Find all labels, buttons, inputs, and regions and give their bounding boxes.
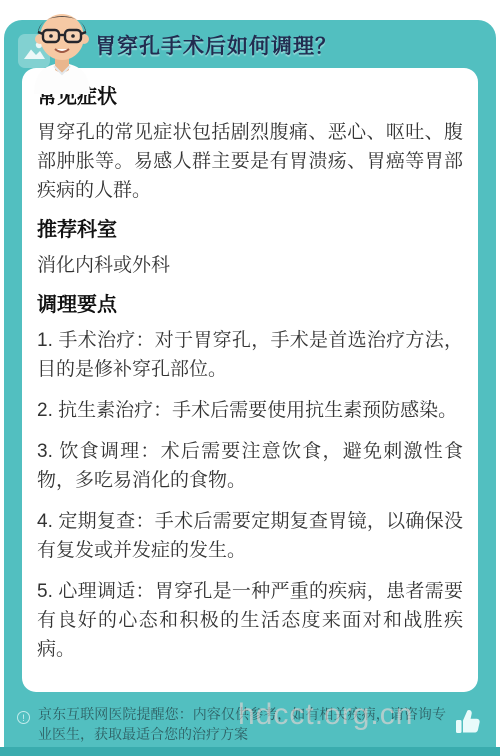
article-card: 常见症状 胃穿孔的常见症状包括剧烈腹痛、恶心、呕吐、腹部肿胀等。易感人群主要是有… [22, 68, 478, 692]
page-title: 胃穿孔手术后如何调理？ [95, 30, 337, 60]
footer: ! 京东互联网医院提醒您：内容仅供参考，如有相关疾病，请咨询专业医生，获取最适合… [0, 694, 500, 747]
thumbs-up-icon [452, 706, 484, 738]
care-point-item: 5. 心理调适：胃穿孔是一种严重的疾病，患者需要有良好的心态和积极的生活态度来面… [37, 577, 463, 664]
care-point-item: 2. 抗生素治疗：手术后需要使用抗生素预防感染。 [37, 396, 463, 425]
care-point-item: 1. 手术治疗：对于胃穿孔，手术是首选治疗方法，目的是修补穿孔部位。 [37, 326, 463, 384]
doctor-avatar [24, 2, 100, 94]
info-circle-icon: ! [17, 711, 30, 724]
section-heading-symptoms: 常见症状 [37, 84, 463, 110]
symptoms-paragraph: 胃穿孔的常见症状包括剧烈腹痛、恶心、呕吐、腹部肿胀等。易感人群主要是有胃溃疡、胃… [37, 118, 463, 205]
thumbs-up-button[interactable] [452, 706, 484, 738]
disclaimer-text: 京东互联网医院提醒您：内容仅供参考，如有相关疾病，请咨询专业医生，获取最适合您的… [38, 704, 446, 744]
section-heading-care-points: 调理要点 [37, 292, 463, 318]
department-paragraph: 消化内科或外科 [37, 251, 463, 280]
section-heading-department: 推荐科室 [37, 217, 463, 243]
care-point-item: 4. 定期复查：手术后需要定期复查胃镜，以确保没有复发或并发症的发生。 [37, 507, 463, 565]
care-point-item: 3. 饮食调理：术后需要注意饮食，避免刺激性食物，多吃易消化的食物。 [37, 437, 463, 495]
bottom-edge-strip [0, 747, 500, 756]
